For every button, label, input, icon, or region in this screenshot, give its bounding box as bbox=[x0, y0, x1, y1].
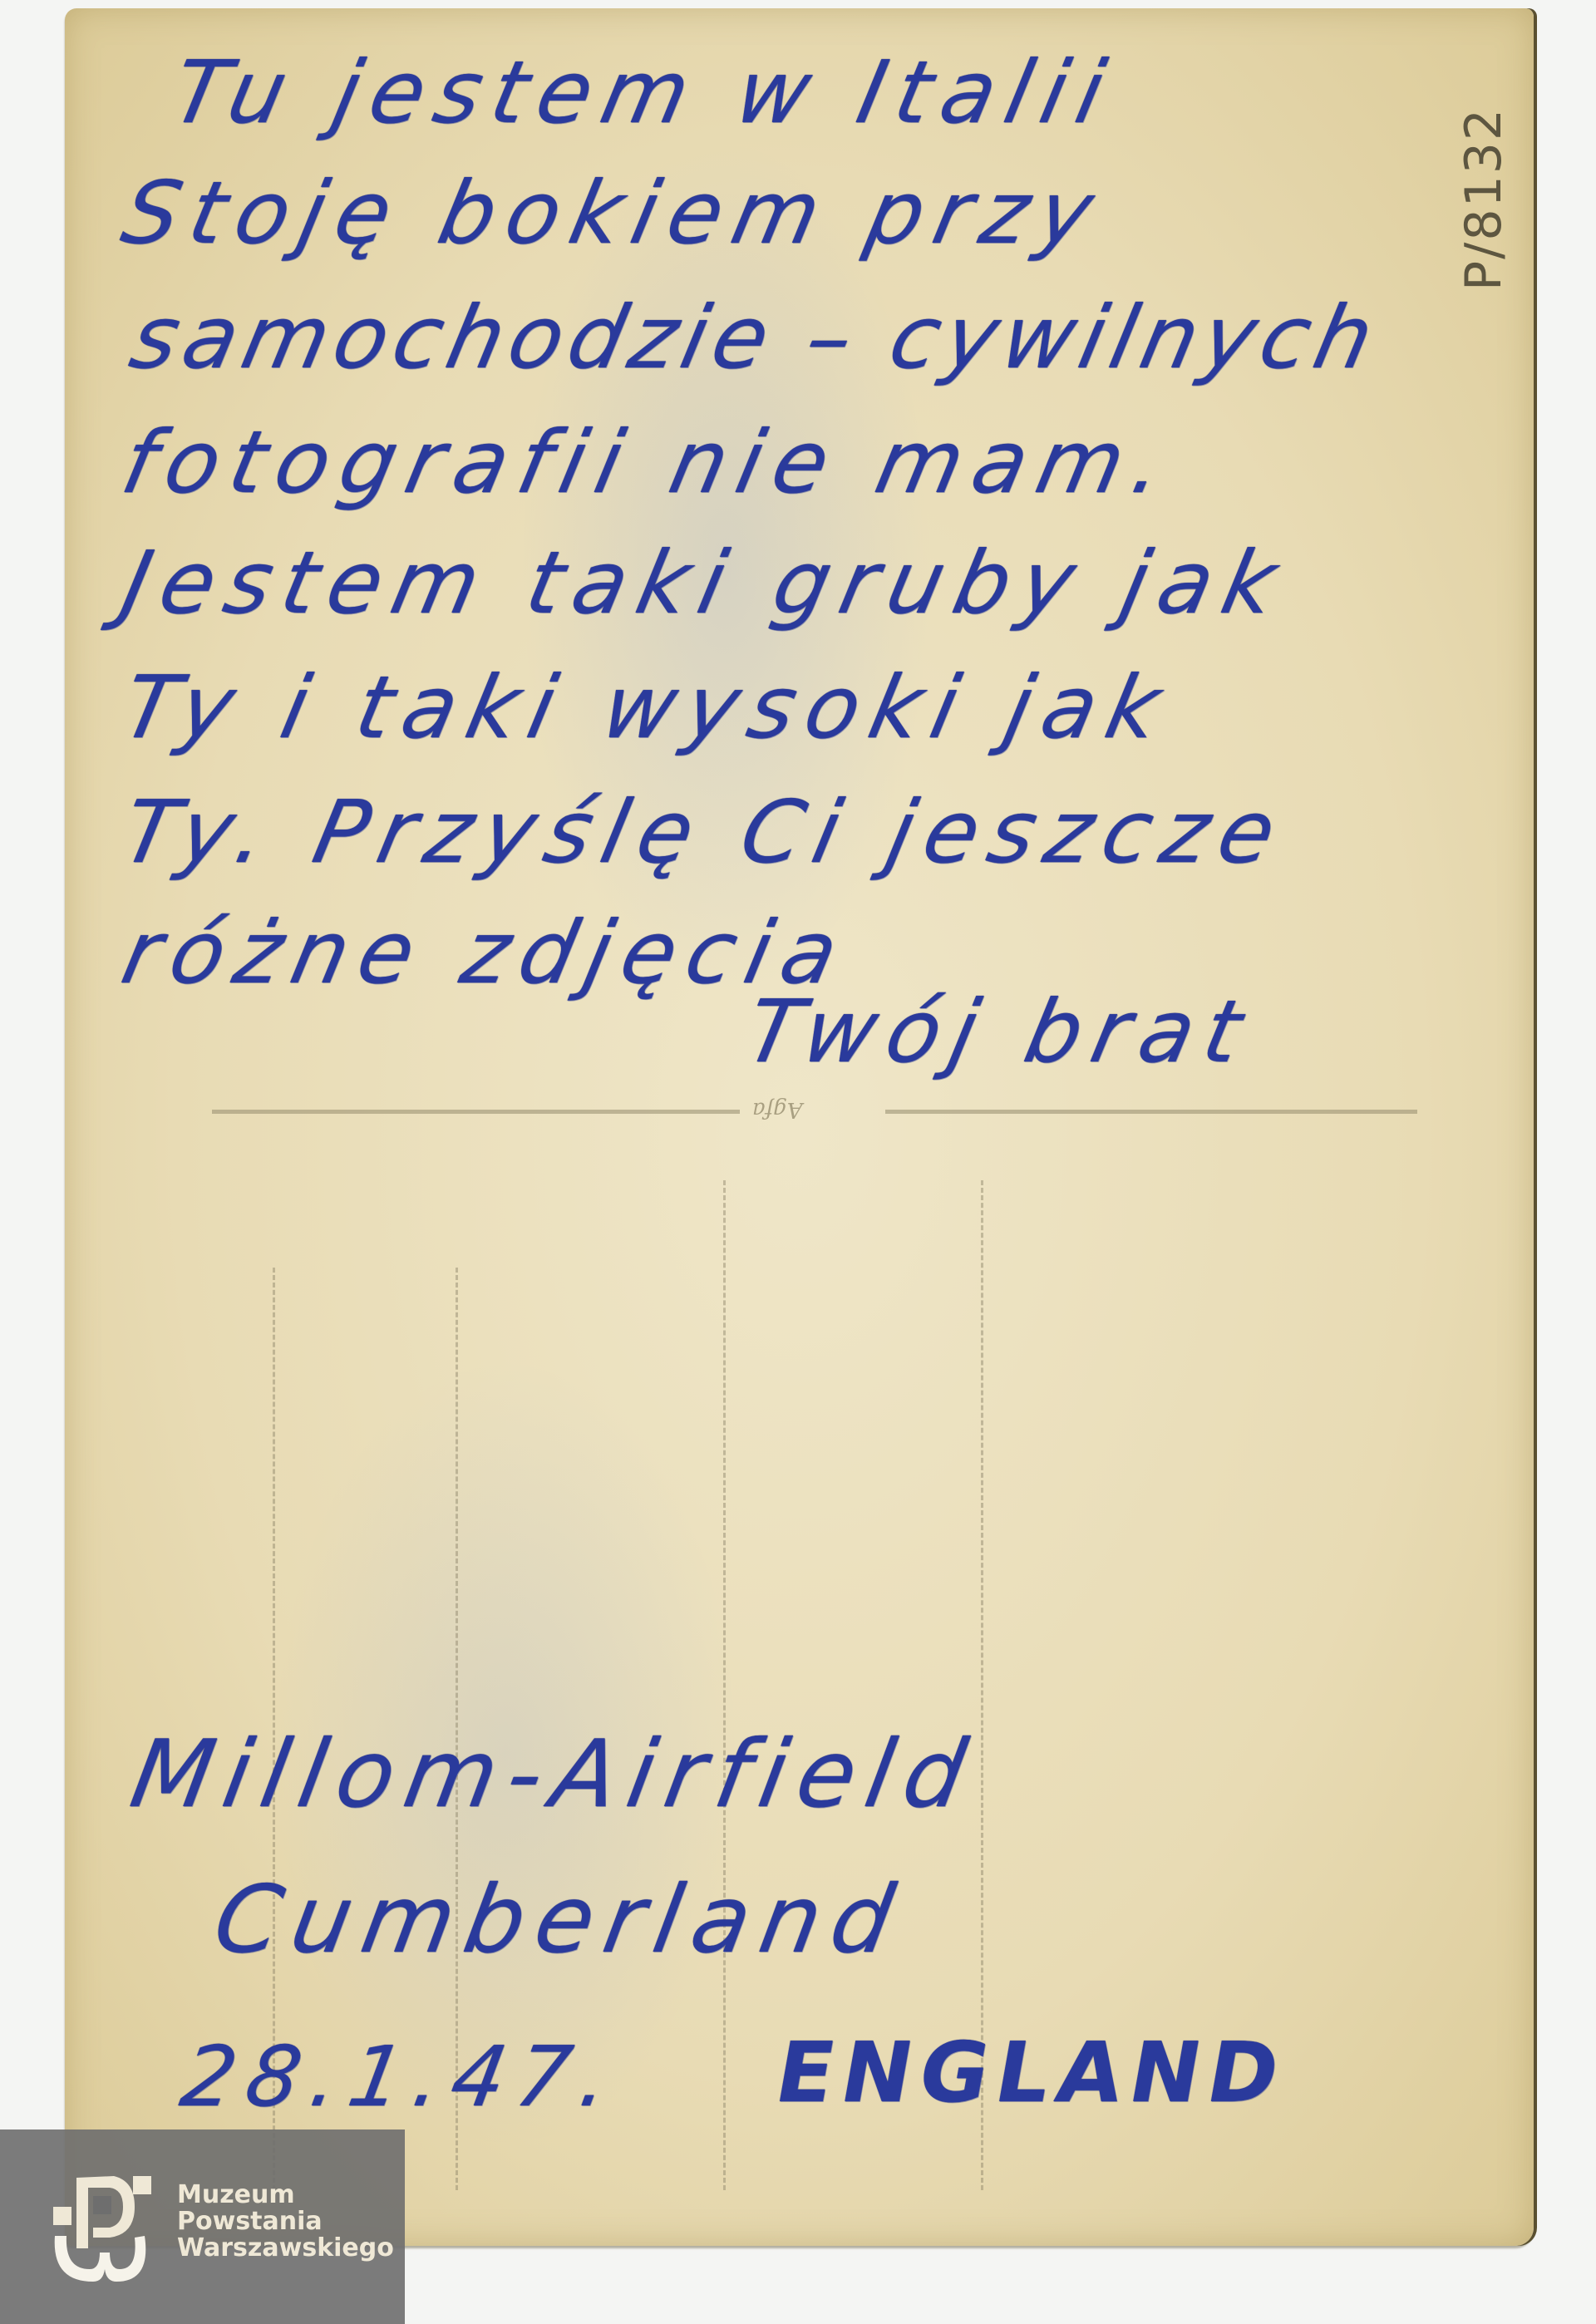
message-line-4: fotografii nie mam. bbox=[114, 411, 1185, 513]
message-line-3: samochodzie – cywilnych bbox=[122, 287, 1388, 388]
address-line-2: Cumberland bbox=[207, 1866, 913, 1974]
museum-name-line-3: Warszawskiego bbox=[177, 2235, 394, 2262]
kotwica-anchor-icon bbox=[52, 2169, 151, 2286]
message-line-1: Tu jestem w Italii bbox=[164, 42, 1125, 143]
message-line-6: Ty i taki wysoki jak bbox=[114, 657, 1180, 758]
message-line-5: Jestem taki gruby jak bbox=[114, 532, 1297, 633]
divider-right bbox=[885, 1110, 1417, 1114]
museum-name-line-2: Powstania bbox=[177, 2208, 394, 2235]
divider-left bbox=[212, 1110, 740, 1114]
address-country: ENGLAND bbox=[769, 2024, 1295, 2121]
address-rule-3 bbox=[723, 1180, 726, 2190]
message-line-2: Stoję bokiem przy bbox=[114, 162, 1113, 263]
museum-name-line-1: Muzeum bbox=[177, 2182, 394, 2208]
museum-name: Muzeum Powstania Warszawskiego bbox=[177, 2182, 394, 2262]
address-line-1: Millom-Airfield bbox=[124, 1721, 985, 1829]
message-line-8: różne zdjęcia bbox=[114, 902, 858, 1003]
printed-agfa-mark: Agfa bbox=[752, 1097, 803, 1122]
archive-number: P/8132 bbox=[1455, 107, 1513, 291]
message-line-7: Ty. Przyślę Ci jeszcze bbox=[114, 781, 1296, 883]
address-date: 28.1.47. bbox=[175, 2028, 628, 2125]
signature: Twój brat bbox=[737, 981, 1262, 1082]
